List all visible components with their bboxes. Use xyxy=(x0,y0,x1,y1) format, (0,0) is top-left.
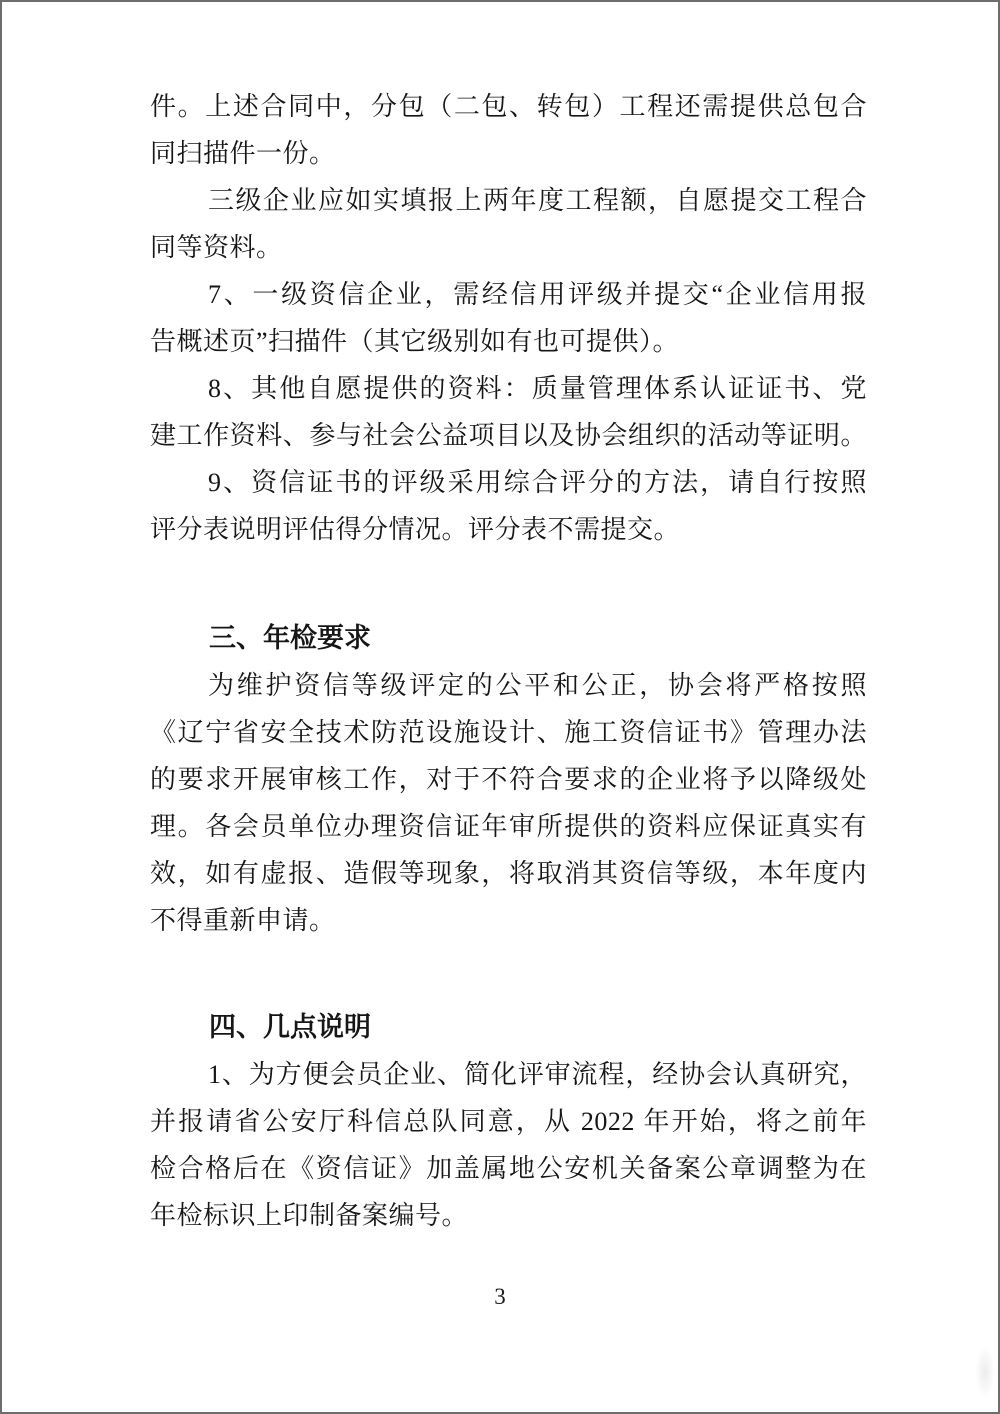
text-line: 件。上述合同中，分包（二包、转包）工程还需提供总包合 xyxy=(150,83,867,130)
text-line: 为维护资信等级评定的公平和公正，协会将严格按照 xyxy=(150,662,867,709)
text-line: 9、资信证书的评级采用综合评分的方法，请自行按照 xyxy=(150,459,867,506)
section-heading: 三、年检要求 xyxy=(150,615,867,662)
text-line: 同扫描件一份。 xyxy=(150,130,867,177)
text-line: 理。各会员单位办理资信证年审所提供的资料应保证真实有 xyxy=(150,803,867,850)
page-number: 3 xyxy=(2,1277,998,1317)
text-line: 三级企业应如实填报上两年度工程额，自愿提交工程合 xyxy=(150,177,867,224)
text-line: 检合格后在《资信证》加盖属地公安机关备案公章调整为在 xyxy=(150,1145,867,1192)
text-line: 建工作资料、参与社会公益项目以及协会组织的活动等证明。 xyxy=(150,412,867,459)
page-body: 件。上述合同中，分包（二包、转包）工程还需提供总包合 同扫描件一份。 三级企业应… xyxy=(150,83,867,1239)
text-line: 告概述页”扫描件（其它级别如有也可提供）。 xyxy=(150,318,867,365)
document-page: 件。上述合同中，分包（二包、转包）工程还需提供总包合 同扫描件一份。 三级企业应… xyxy=(0,0,1000,1414)
scan-artifact xyxy=(975,1346,995,1398)
text-line: 1、为方便会员企业、简化评审流程，经协会认真研究， xyxy=(150,1051,867,1098)
section-heading: 四、几点说明 xyxy=(150,1004,867,1051)
text-line: 效，如有虚报、造假等现象，将取消其资信等级，本年度内 xyxy=(150,850,867,897)
text-line: 8、其他自愿提供的资料：质量管理体系认证证书、党 xyxy=(150,365,867,412)
text-line: 不得重新申请。 xyxy=(150,897,867,944)
text-line: 评分表说明评估得分情况。评分表不需提交。 xyxy=(150,506,867,553)
text-line: 同等资料。 xyxy=(150,224,867,271)
text-line: 《辽宁省安全技术防范设施设计、施工资信证书》管理办法 xyxy=(150,709,867,756)
text-line: 7、一级资信企业，需经信用评级并提交“企业信用报 xyxy=(150,271,867,318)
text-line: 并报请省公安厅科信总队同意，从 2022 年开始，将之前年 xyxy=(150,1098,867,1145)
text-line: 年检标识上印制备案编号。 xyxy=(150,1192,867,1239)
text-line: 的要求开展审核工作，对于不符合要求的企业将予以降级处 xyxy=(150,756,867,803)
